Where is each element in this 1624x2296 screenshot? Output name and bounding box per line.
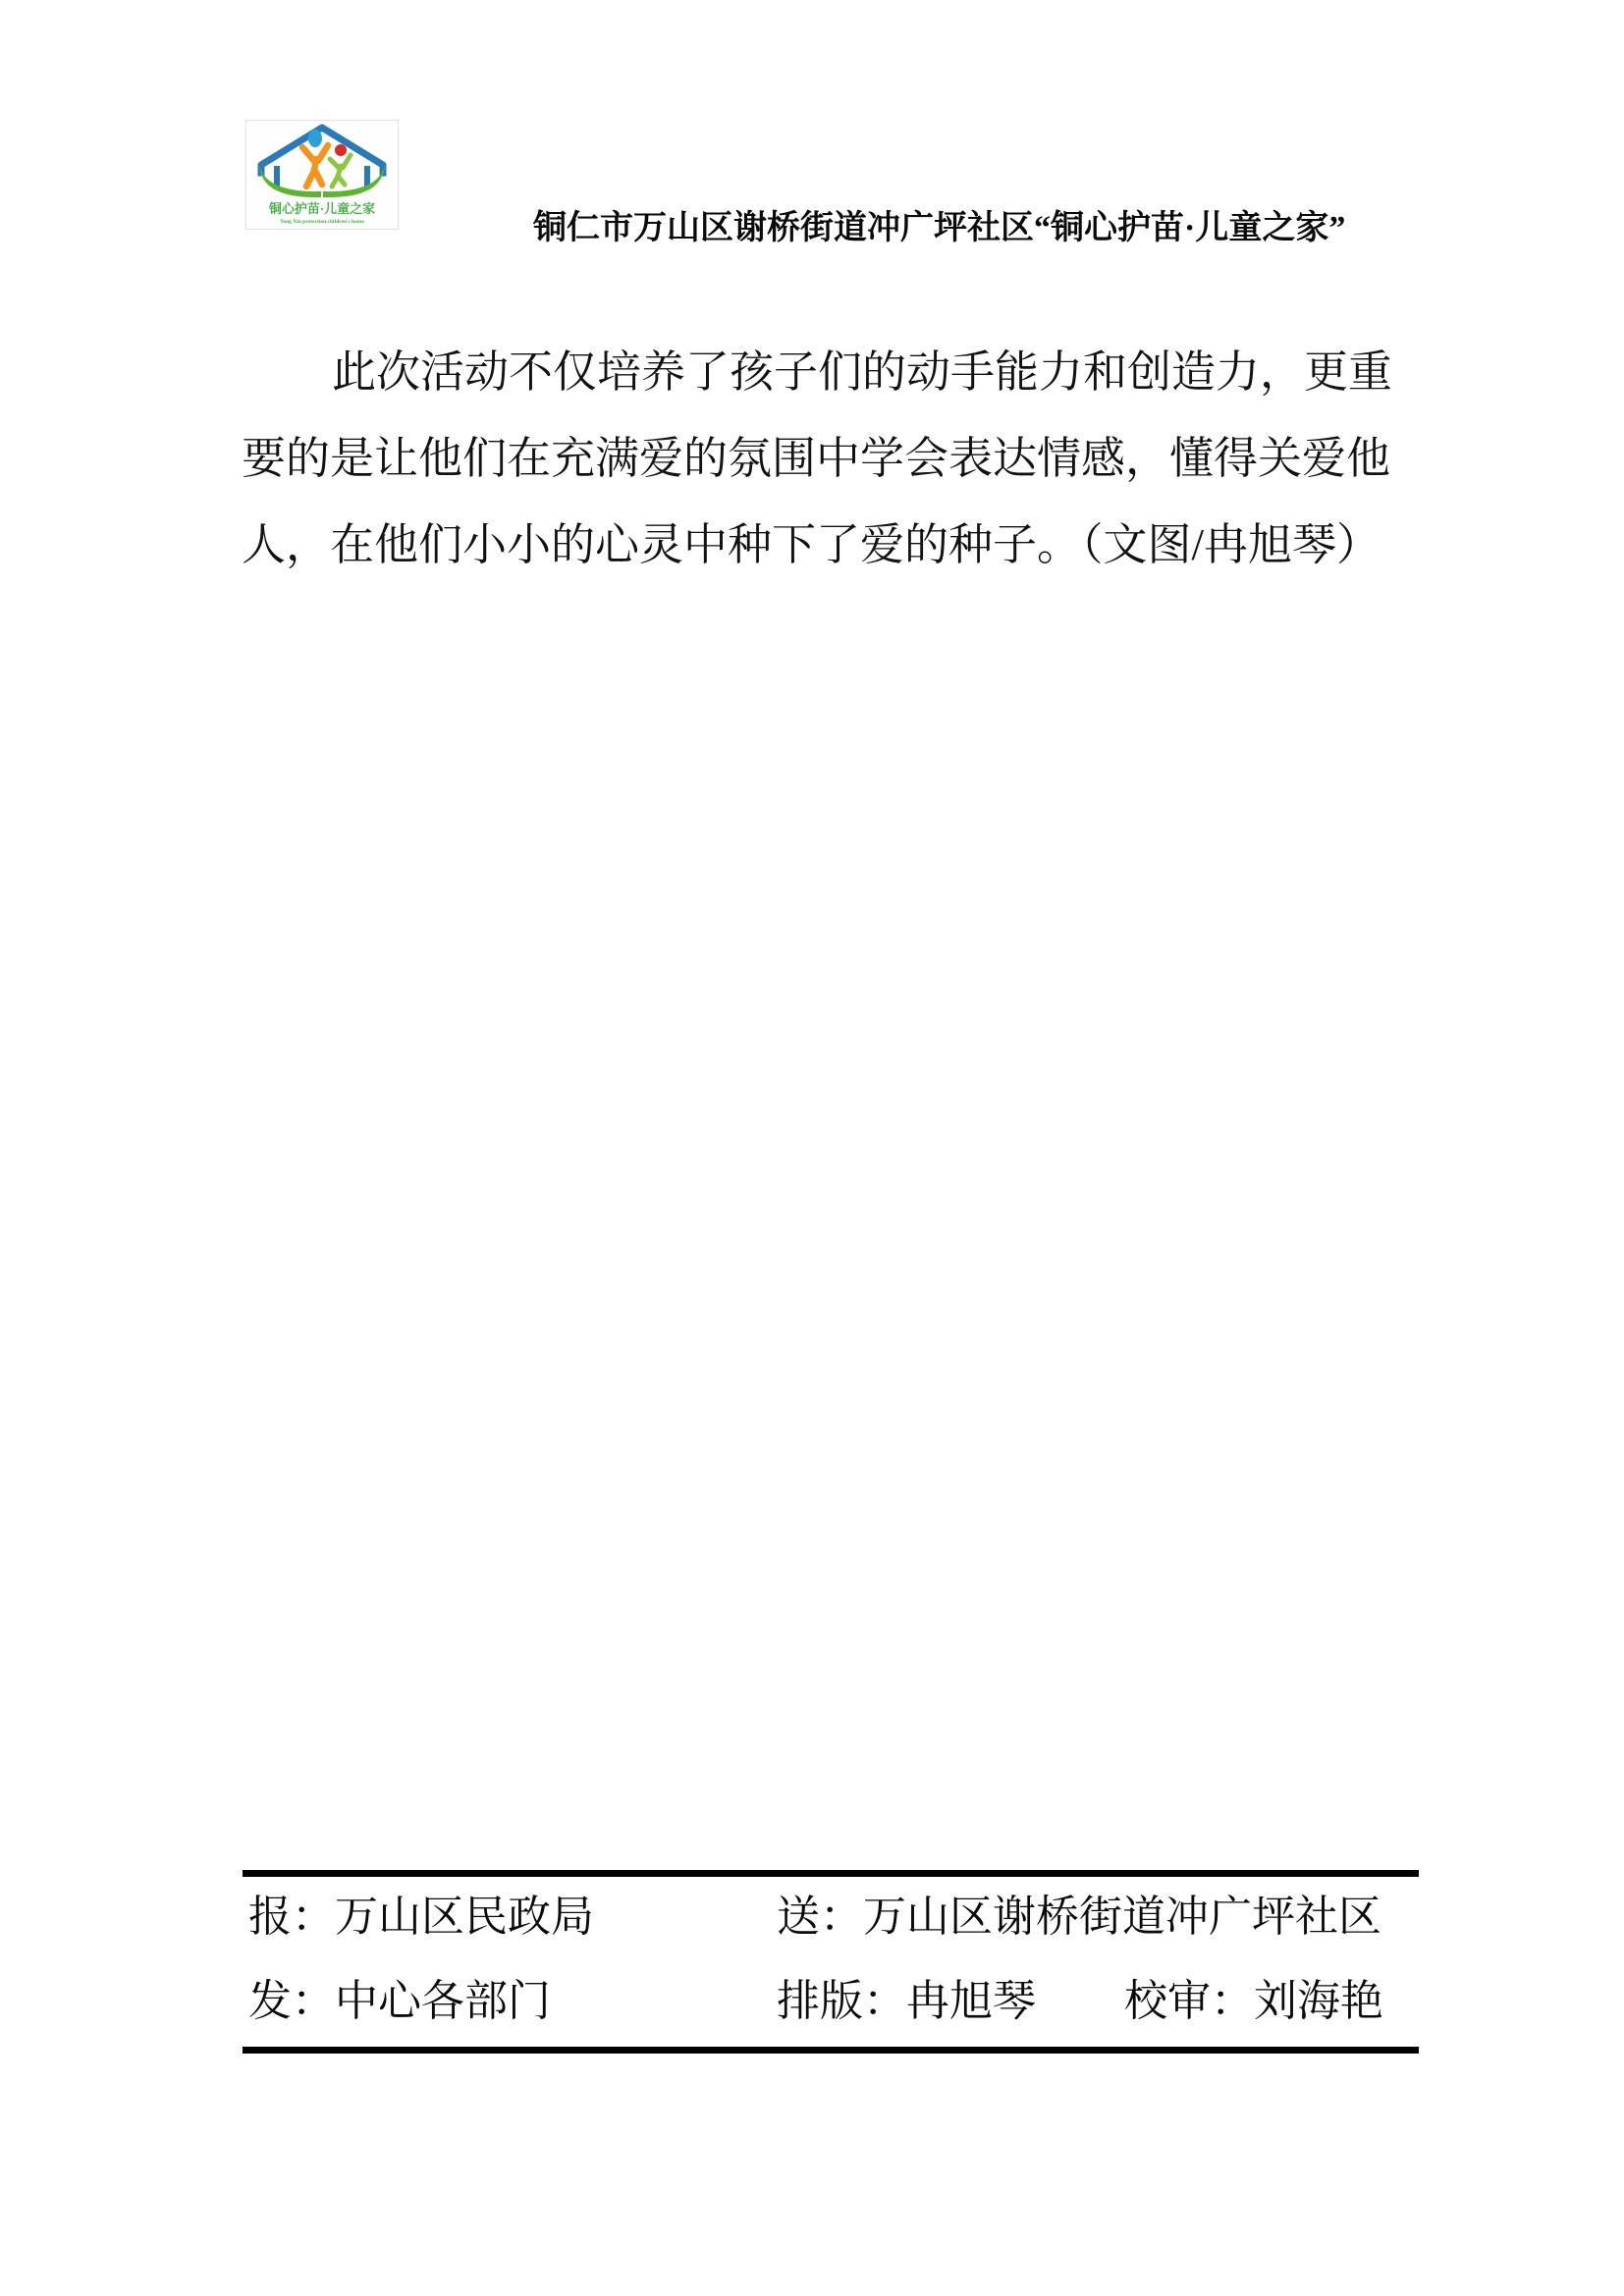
children-home-logo: 铜心护苗·儿童之家 Tong Xin protection children's… (245, 120, 399, 230)
header-title: 铜仁市万山区谢桥街道冲广坪社区“铜心护苗·儿童之家” (533, 200, 1345, 248)
child-head-icon (335, 144, 347, 156)
footer-bottom-rule (243, 2047, 1419, 2054)
footer-top-rule (243, 1870, 1419, 1877)
logo-name-en: Tong Xin protection children's home (280, 219, 364, 225)
article-line: 此次活动不仅培养了孩子们的动手能力和创造力，更重 (242, 329, 1400, 415)
article-line: 人，在他们小小的心灵中种下了爱的种子。（文图/冉旭琴） (242, 502, 1400, 588)
article-paragraph: 此次活动不仅培养了孩子们的动手能力和创造力，更重 要的是让他们在充满爱的氛围中学… (242, 329, 1400, 588)
logo-name-cn: 铜心护苗·儿童之家 (268, 201, 375, 216)
article-line: 要的是让他们在充满爱的氛围中学会表达情感，懂得关爱他 (242, 415, 1400, 502)
footer-send-to: 送：万山区谢桥街道冲广坪社区 (777, 1893, 1381, 1942)
footer-proofread-by: 校审：刘海艳 (1124, 1977, 1383, 2026)
footer-typeset-by: 排版：冉旭琴 (777, 1977, 1036, 2026)
footer-distribute-to: 发：中心各部门 (248, 1977, 551, 2026)
document-page: 铜心护苗·儿童之家 Tong Xin protection children's… (0, 0, 1624, 2296)
children-home-logo-graphic: 铜心护苗·儿童之家 Tong Xin protection children's… (245, 120, 399, 230)
footer-report-to: 报：万山区民政局 (248, 1893, 594, 1942)
adult-head-icon (308, 130, 322, 147)
